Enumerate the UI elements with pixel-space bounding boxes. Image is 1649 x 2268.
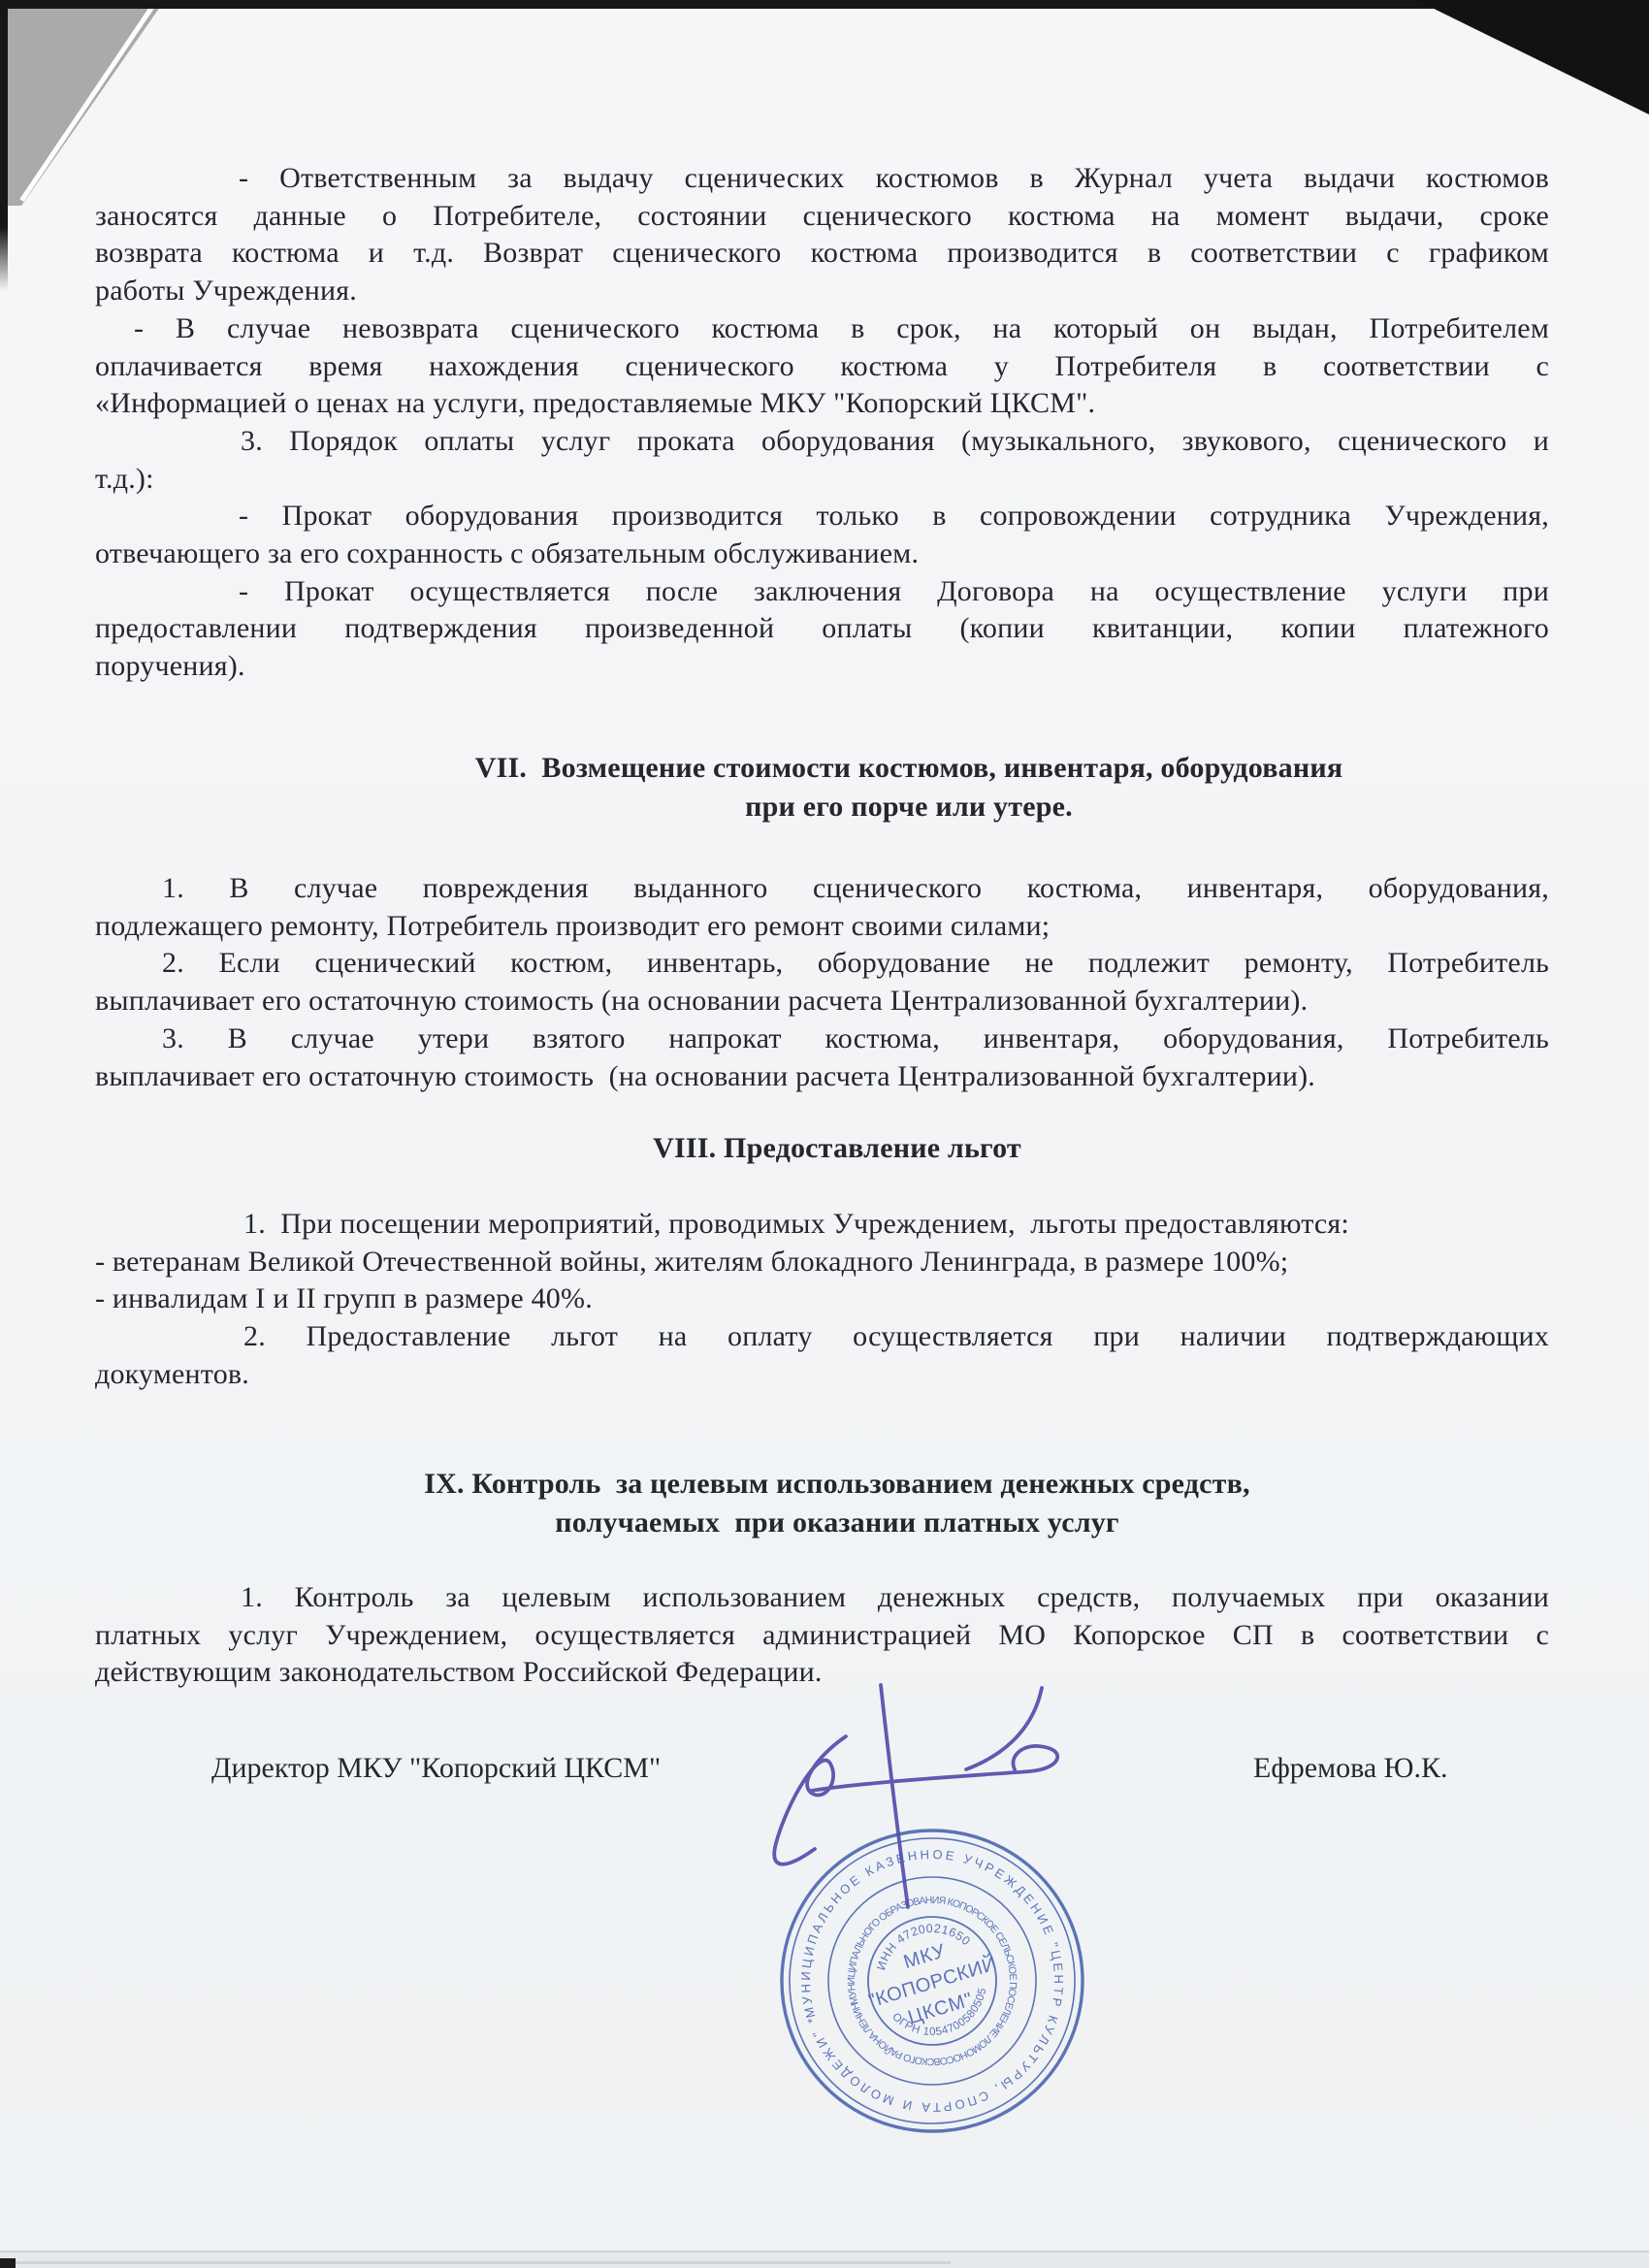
stamp-second-circle [754, 1802, 1110, 2158]
scan-edge-left [0, 0, 8, 291]
text-line: отвечающего за его сохранность с обязате… [95, 535, 1549, 573]
official-round-stamp: МУНИЦИПАЛЬНОЕ КАЗЕННОЕ УЧРЕЖДЕНИЕ "ЦЕНТР… [744, 1793, 1119, 2168]
stamp-core-circle [853, 1901, 1013, 2061]
text-line: IX. Контроль за целевым использованием д… [95, 1465, 1579, 1504]
text-line: оплачивается время нахождения сценическо… [95, 348, 1549, 386]
scanned-document-page: - Ответственным за выдачу сценических ко… [0, 0, 1649, 2268]
text-line: возврата костюма и т.д. Возврат сценичес… [95, 235, 1549, 273]
heading-section-ix: IX. Контроль за целевым использованием д… [95, 1465, 1579, 1542]
signature-scribble [774, 1685, 1057, 1907]
heading-section-vii: VII. Возмещение стоимости костюмов, инве… [169, 749, 1649, 826]
text-line: - Прокат осуществляется после заключения… [95, 573, 1549, 611]
scan-edge-bottom [0, 2251, 1649, 2268]
section-ix-items: 1. Контроль за целевым использованием де… [95, 1579, 1549, 1692]
director-title-label: Директор МКУ "Копорский ЦКСМ" [211, 1752, 661, 1785]
stamp-inn-text: ИНН 4720021650 [865, 1909, 975, 1975]
stamp-center-line-3: ЦКСМ" [905, 1989, 976, 2028]
text-line: работы Учреждения. [95, 273, 1549, 310]
text-line: т.д.): [95, 461, 1549, 499]
section-vii-items: 1. В случае повреждения выданного сценич… [95, 870, 1549, 1095]
text-line: - ветеранам Великой Отечественной войны,… [95, 1244, 1549, 1281]
text-line: предоставлении подтверждения произведенн… [95, 610, 1549, 648]
stamp-ring-middle-text: МУНИЦИПАЛЬНОГО ОБРАЗОВАНИЯ КОПОРСКОЕ СЕЛ… [824, 1873, 1040, 2089]
stamp-inner-ring-circle [802, 1851, 1061, 2110]
section-viii-items: 1. При посещении мероприятий, проводимых… [95, 1206, 1549, 1394]
text-line: действующим законодательством Российской… [95, 1654, 1549, 1692]
text-line: получаемых при оказании платных услуг [95, 1504, 1579, 1542]
text-line: поручения). [95, 648, 1549, 686]
stamp-center-line-1: МКУ [901, 1940, 949, 1973]
text-line: VII. Возмещение стоимости костюмов, инве… [169, 749, 1649, 788]
scan-edge-bottom-line [0, 2261, 951, 2264]
scan-edge-top [0, 0, 1649, 9]
text-line: 1. В случае повреждения выданного сценич… [95, 870, 1549, 908]
text-line: заносятся данные о Потребителе, состояни… [95, 198, 1549, 236]
text-line: 2. Предоставление льгот на оплату осущес… [95, 1318, 1549, 1356]
director-name-label: Ефремова Ю.К. [1253, 1752, 1448, 1785]
text-line: при его порче или утере. [169, 788, 1649, 826]
text-line: 3. В случае утери взятого напрокат костю… [95, 1021, 1549, 1058]
text-line: 1. Контроль за целевым использованием де… [95, 1579, 1549, 1617]
text-line: VIII. Предоставление льгот [95, 1129, 1579, 1168]
scan-corner-top-right [1416, 0, 1649, 114]
stamp-ogrn-text: ОГРН 1054700580505 [888, 1984, 998, 2051]
text-line: выплачивает его остаточную стоимость (на… [95, 1058, 1549, 1096]
text-line: 2. Если сценический костюм, инвентарь, о… [95, 945, 1549, 983]
heading-section-viii: VIII. Предоставление льгот [95, 1129, 1579, 1168]
text-line: - Ответственным за выдачу сценических ко… [95, 160, 1549, 198]
paragraph-costume-rules: - Ответственным за выдачу сценических ко… [95, 160, 1549, 686]
text-line: «Информацией о ценах на услуги, предоста… [95, 385, 1549, 423]
stamp-ring-outer-text: МУНИЦИПАЛЬНОЕ КАЗЕННОЕ УЧРЕЖДЕНИЕ "ЦЕНТР… [764, 1814, 1099, 2149]
text-line: выплачивает его остаточную стоимость (на… [95, 983, 1549, 1021]
stamp-outer-circle [744, 1793, 1119, 2168]
text-line: - инвалидам I и II групп в размере 40%. [95, 1280, 1549, 1318]
text-line: документов. [95, 1356, 1549, 1394]
text-line: - В случае невозврата сценического костю… [95, 310, 1549, 348]
stamp-center-line-2: "КОПОРСКИЙ [865, 1951, 999, 2012]
text-line: 1. При посещении мероприятий, проводимых… [95, 1206, 1549, 1244]
text-line: - Прокат оборудования производится тольк… [95, 498, 1549, 535]
text-line: платных услуг Учреждением, осуществляетс… [95, 1617, 1549, 1655]
text-line: 3. Порядок оплаты услуг проката оборудов… [95, 423, 1549, 461]
scan-edge-bottom-nub [0, 2258, 16, 2268]
text-line: подлежащего ремонту, Потребитель произво… [95, 908, 1549, 946]
